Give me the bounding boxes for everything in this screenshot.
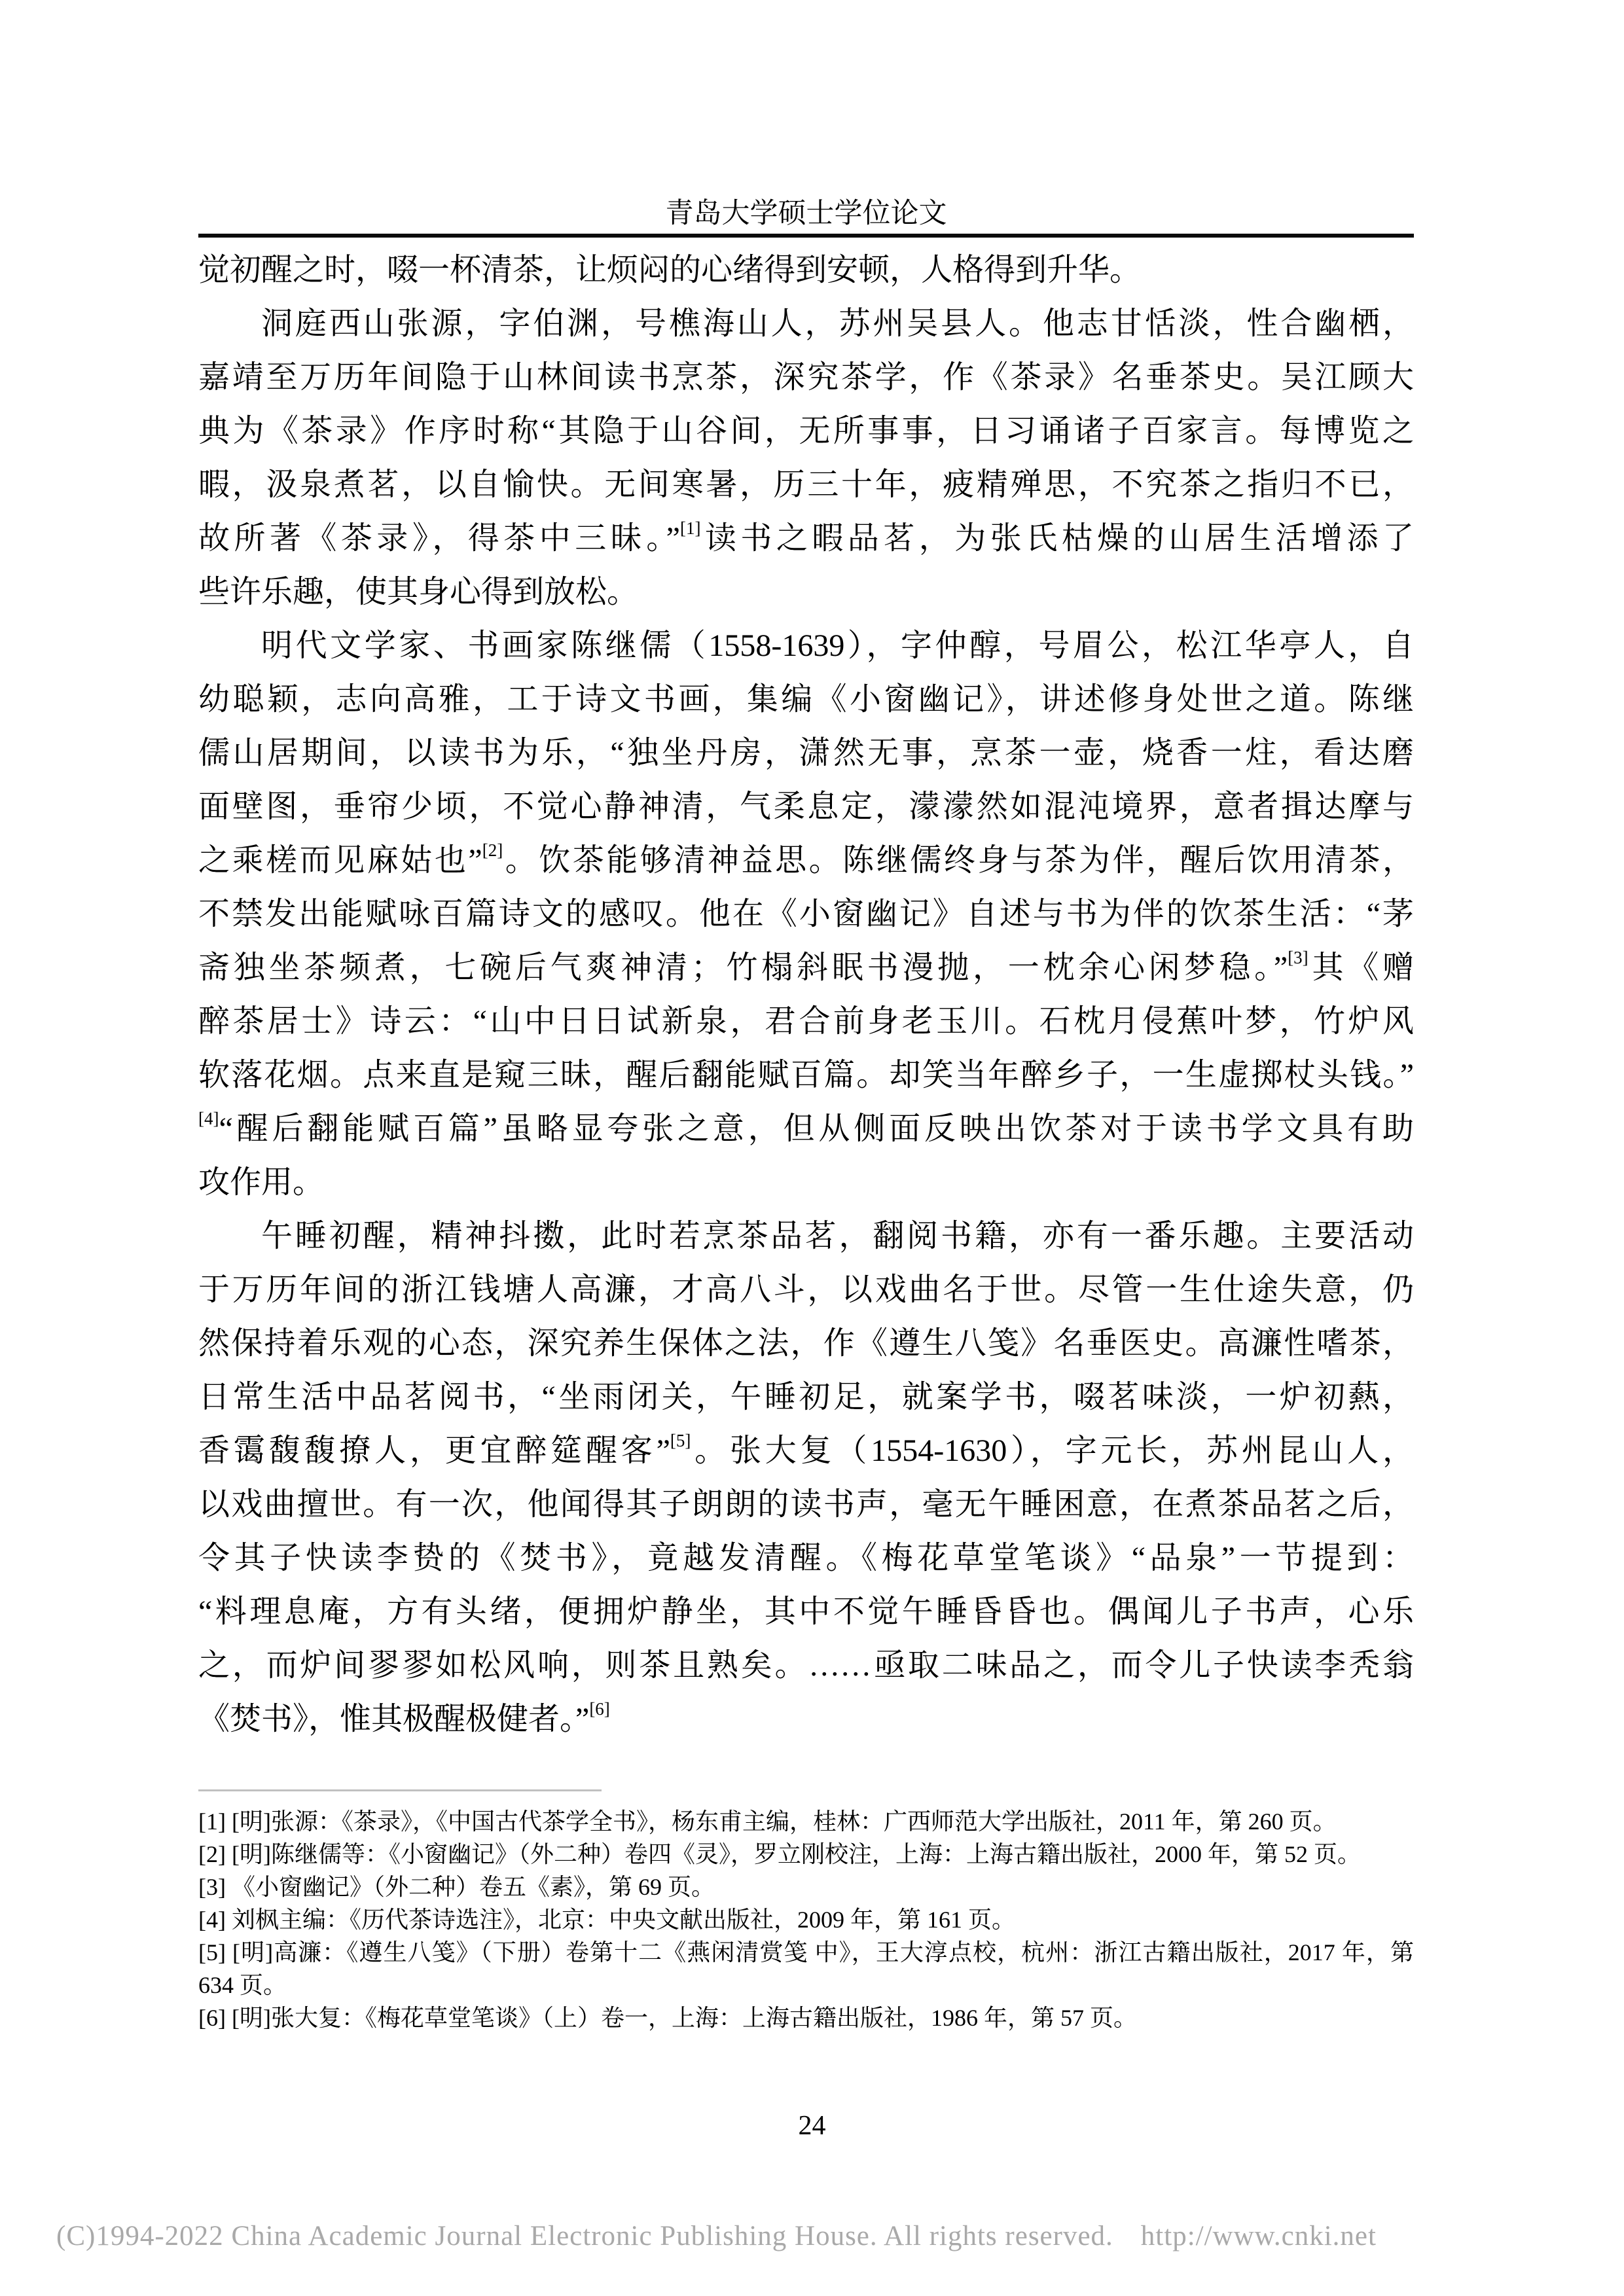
footnote-item: [5] [明]高濂：《遵生八笺》（下册）卷第十二《燕闲清赏笺 中》，王大淳点校，… <box>198 1936 1414 2001</box>
text-line: 斋独坐茶频煮，七碗后气爽神清；竹榻斜眠书漫抛，一枕余心闲梦稳。”[3]其《赠 <box>198 941 1414 995</box>
text-line: [4]“醒后翻能赋百篇”虽略显夸张之意，但从侧面反映出饮茶对于读书学文具有助 <box>198 1102 1414 1156</box>
text-line: 然保持着乐观的心态，深究养生保体之法，作《遵生八笺》名垂医史。高濂性嗜茶， <box>198 1317 1414 1371</box>
footnote-item: [6] [明]张大复：《梅花草堂笔谈》（上）卷一，上海：上海古籍出版社，1986… <box>198 2001 1414 2034</box>
footnote-ref: [1] <box>680 518 700 538</box>
footnote-ref: [4] <box>198 1109 219 1128</box>
text-line: 午睡初醒，精神抖擞，此时若烹茶品茗，翻阅书籍，亦有一番乐趣。主要活动 <box>198 1210 1414 1263</box>
text-line: 嘉靖至万历年间隐于山林间读书烹茶，深究茶学，作《茶录》名垂茶史。吴江顾大 <box>198 351 1414 404</box>
text-line: 暇，汲泉煮茗，以自愉快。无间寒暑，历三十年，疲精殚思，不究茶之指归不已， <box>198 458 1414 512</box>
text-line: 《焚书》，惟其极醒极健者。”[6] <box>198 1693 1414 1746</box>
footnote-separator <box>198 1789 602 1791</box>
text-line: 之，而炉间翏翏如松风响，则茶且熟矣。……亟取二味品之，而令儿子快读李秃翁 <box>198 1639 1414 1693</box>
footnote-ref: [2] <box>482 840 503 860</box>
text-line: 觉初醒之时，啜一杯清茶，让烦闷的心绪得到安顿，人格得到升华。 <box>198 243 1414 297</box>
text-line: 令其子快读李贽的《焚书》，竟越发清醒。《梅花草堂笔谈》“品泉”一节提到： <box>198 1532 1414 1585</box>
cnki-url: http://www.cnki.net <box>1141 2221 1377 2251</box>
header-rule <box>198 234 1414 238</box>
text-line: 明代文学家、书画家陈继儒（1558-1639），字仲醇，号眉公，松江华亭人，自 <box>198 619 1414 673</box>
footnote-item: [3] 《小窗幽记》（外二种）卷五《素》，第 69 页。 <box>198 1871 1414 1903</box>
text-line: 软落花烟。点来直是窥三昧，醒后翻能赋百篇。却笑当年醉乡子，一生虚掷杖头钱。” <box>198 1049 1414 1102</box>
copyright-notice: (C)1994-2022 China Academic Journal Elec… <box>56 2220 1377 2252</box>
text-line: 于万历年间的浙江钱塘人高濂，才高八斗，以戏曲名于世。尽管一生仕途失意，仍 <box>198 1263 1414 1317</box>
thesis-page: 青岛大学硕士学位论文 觉初醒之时，啜一杯清茶，让烦闷的心绪得到安顿，人格得到升华… <box>0 0 1624 2296</box>
footnote-item: [4] 刘枫主编：《历代茶诗选注》，北京：中央文献出版社，2009 年，第 16… <box>198 1903 1414 1936</box>
body-text: 觉初醒之时，啜一杯清茶，让烦闷的心绪得到安顿，人格得到升华。洞庭西山张源，字伯渊… <box>198 243 1414 1746</box>
footnote-ref: [6] <box>589 1699 609 1719</box>
text-line: 洞庭西山张源，字伯渊，号樵海山人，苏州吴县人。他志甘恬淡，性合幽栖， <box>198 297 1414 351</box>
text-line: 面壁图，垂帘少顷，不觉心静神清，气柔息定，濛濛然如混沌境界，意者揖达摩与 <box>198 780 1414 834</box>
text-line: 幼聪颖，志向高雅，工于诗文书画，集编《小窗幽记》，讲述修身处世之道。陈继 <box>198 673 1414 726</box>
footnote-ref: [3] <box>1288 948 1308 967</box>
text-line: 不禁发出能赋咏百篇诗文的感叹。他在《小窗幽记》自述与书为伴的饮茶生活：“茅 <box>198 888 1414 941</box>
text-line: 日常生活中品茗阅书，“坐雨闭关，午睡初足，就案学书，啜茗味淡，一炉初爇， <box>198 1371 1414 1424</box>
text-line: 攻作用。 <box>198 1156 1414 1210</box>
text-line: 故所著《茶录》，得茶中三昧。”[1]读书之暇品茗，为张氏枯燥的山居生活增添了 <box>198 512 1414 565</box>
footnotes: [1] [明]张源：《茶录》，《中国古代茶学全书》，杨东甫主编，桂林：广西师范大… <box>198 1805 1414 2034</box>
text-line: “料理息庵，方有头绪，便拥炉静坐，其中不觉午睡昏昏也。偶闻儿子书声，心乐 <box>198 1585 1414 1639</box>
text-line: 以戏曲擅世。有一次，他闻得其子朗朗的读书声，毫无午睡困意，在煮茶品茗之后， <box>198 1478 1414 1532</box>
footnote-item: [2] [明]陈继儒等：《小窗幽记》（外二种）卷四《灵》，罗立刚校注，上海：上海… <box>198 1838 1414 1871</box>
footnote-item: [1] [明]张源：《茶录》，《中国古代茶学全书》，杨东甫主编，桂林：广西师范大… <box>198 1805 1414 1838</box>
copyright-text: (C)1994-2022 China Academic Journal Elec… <box>56 2221 1113 2251</box>
text-line: 香霭馥馥撩人，更宜醉筵醒客”[5]。张大复（1554-1630），字元长，苏州昆… <box>198 1424 1414 1478</box>
text-line: 典为《茶录》作序时称“其隐于山谷间，无所事事，日习诵诸子百家言。每博览之 <box>198 404 1414 458</box>
text-line: 儒山居期间，以读书为乐，“独坐丹房，潇然无事，烹茶一壶，烧香一炷，看达磨 <box>198 726 1414 780</box>
text-line: 醉茶居士》诗云：“山中日日试新泉，君合前身老玉川。石枕月侵蕉叶梦，竹炉风 <box>198 995 1414 1049</box>
footnote-ref: [5] <box>670 1431 691 1450</box>
page-header-title: 青岛大学硕士学位论文 <box>198 199 1414 229</box>
page-number: 24 <box>0 2110 1624 2142</box>
text-line: 些许乐趣，使其身心得到放松。 <box>198 565 1414 619</box>
text-line: 之乘槎而见麻姑也”[2]。饮茶能够清神益思。陈继儒终身与茶为伴，醒后饮用清茶， <box>198 834 1414 888</box>
